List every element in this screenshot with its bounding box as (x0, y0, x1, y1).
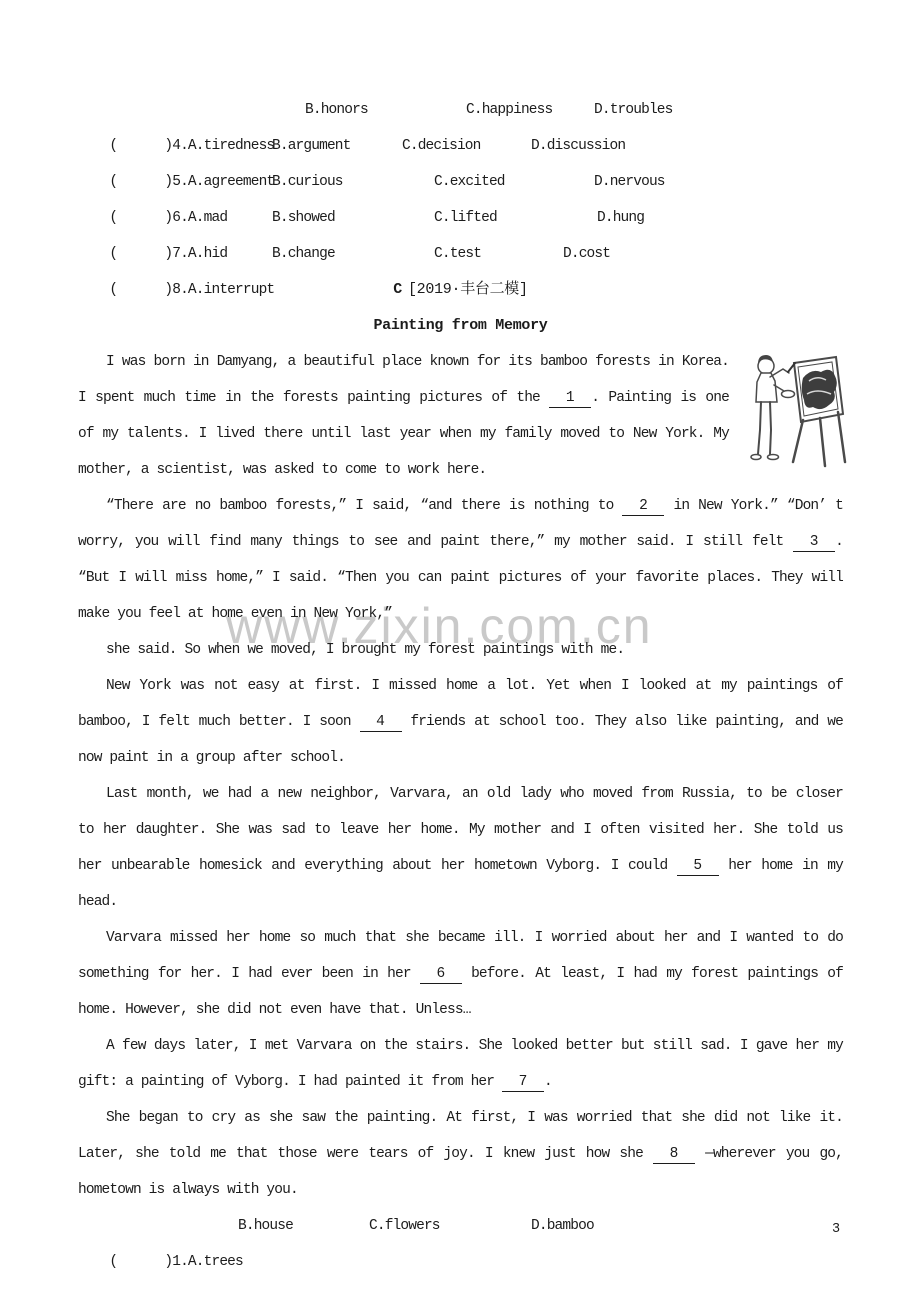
passage-paragraph-7: A few days later, I met Varvara on the s… (78, 1028, 843, 1100)
page-number: 3 (832, 1220, 840, 1240)
option-b: B.house (238, 1208, 293, 1244)
worksheet-page: { "watermark": "www.zixin.com.cn", "page… (0, 0, 920, 1302)
option-a: A.trees (188, 1254, 243, 1270)
cloze-blank-7: 7 (502, 1074, 544, 1092)
cloze-blank-3: 3 (793, 534, 835, 552)
text-segment: she said. So when we moved, I brought my… (106, 642, 624, 658)
option-d: D.troubles (594, 92, 673, 128)
passage-paragraph-4: New York was not easy at first. I missed… (78, 668, 843, 776)
cloze-blank-8: 8 (653, 1146, 695, 1164)
passage-paragraph-5: Last month, we had a new neighbor, Varva… (78, 776, 843, 920)
painter-illustration (737, 350, 865, 472)
cloze-blank-4: 4 (360, 714, 402, 732)
question-row-6: ( )6.A.mad B.curious C.excited D.nervous (78, 164, 843, 200)
option-b: B.honors (305, 92, 368, 128)
option-d: D.hung (597, 200, 644, 236)
question-prefix: ( )8. (109, 282, 188, 298)
text-segment: A few days later, I met Varvara on the s… (78, 1038, 843, 1090)
page-content: ( )4.A.tiredness B.honors C.happiness D.… (78, 92, 843, 1244)
text-segment: “There are no bamboo forests,” I said, “… (106, 498, 622, 514)
passage-paragraph-2: “There are no bamboo forests,” I said, “… (78, 488, 843, 632)
question-row-5: ( )5.A.agreement B.argument C.decision D… (78, 128, 843, 164)
option-a: A.interrupt (188, 282, 274, 298)
question-prefix: ( )1. (109, 1254, 188, 1270)
section-label: C (393, 281, 402, 298)
option-b: B.showed (272, 200, 335, 236)
cloze-blank-2: 2 (622, 498, 664, 516)
option-b: B.change (272, 236, 335, 272)
option-b: B.curious (272, 164, 343, 200)
cloze-blank-1: 1 (549, 390, 591, 408)
question-row-4: ( )4.A.tiredness B.honors C.happiness D.… (78, 92, 843, 128)
passage-paragraph-3: she said. So when we moved, I brought my… (78, 632, 843, 668)
question-row-7: ( )7.A.hid B.showed C.lifted D.hung (78, 200, 843, 236)
section-source: [2019·丰台二模] (408, 281, 528, 298)
passage-paragraph-6: Varvara missed her home so much that she… (78, 920, 843, 1028)
option-d: D.nervous (594, 164, 665, 200)
question-row-1: ( )1.A.trees B.house C.flowers D.bamboo (78, 1208, 843, 1244)
passage-paragraph-8: She began to cry as she saw the painting… (78, 1100, 843, 1208)
option-c: C.decision (402, 128, 481, 164)
passage-title: Painting from Memory (78, 308, 843, 344)
option-d: D.cost (563, 236, 610, 272)
option-c: C.test (434, 236, 481, 272)
option-d: D.bamboo (531, 1208, 594, 1244)
cloze-blank-5: 5 (677, 858, 719, 876)
option-c: C.lifted (434, 200, 497, 236)
cloze-blank-6: 6 (420, 966, 462, 984)
passage-paragraph-1: I was born in Damyang, a beautiful place… (78, 344, 843, 488)
option-c: C.happiness (466, 92, 552, 128)
option-c: C.flowers (369, 1208, 440, 1244)
question-row-8: ( )8.A.interrupt B.change C.test D.cost (78, 236, 843, 272)
option-c: C.excited (434, 164, 505, 200)
option-b: B.argument (272, 128, 351, 164)
text-segment: . (544, 1074, 552, 1090)
option-d: D.discussion (531, 128, 625, 164)
